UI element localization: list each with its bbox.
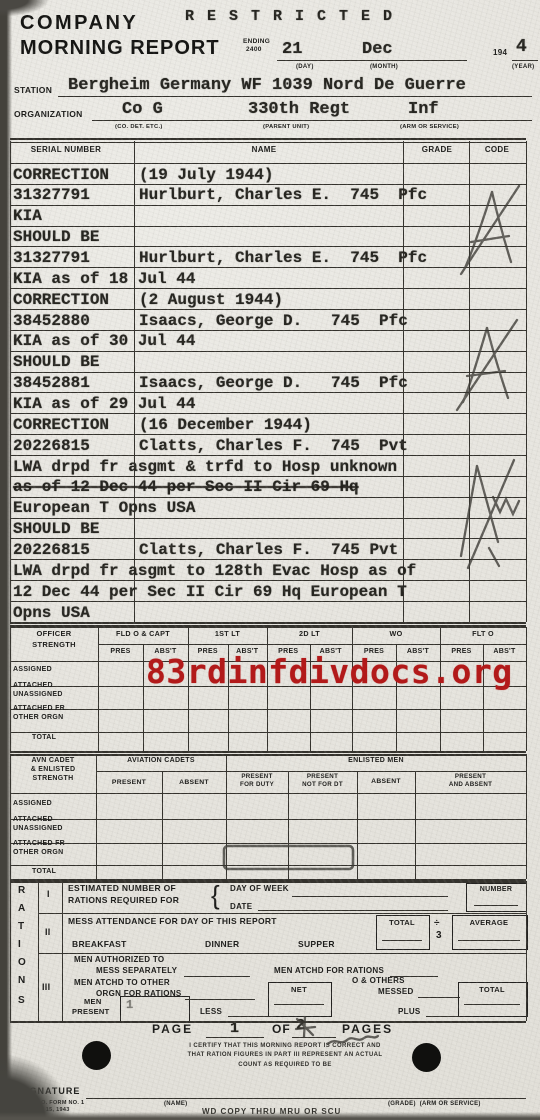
watermark-text: 83rdinfdivdocs.org xyxy=(146,652,513,691)
morning-report-scan: R E S T R I C T E D COMPANY MORNING REPO… xyxy=(0,0,540,1120)
hole-punch-right xyxy=(412,1043,441,1072)
handwritten-code-marks xyxy=(0,0,540,1120)
hole-punch-left xyxy=(82,1041,111,1070)
